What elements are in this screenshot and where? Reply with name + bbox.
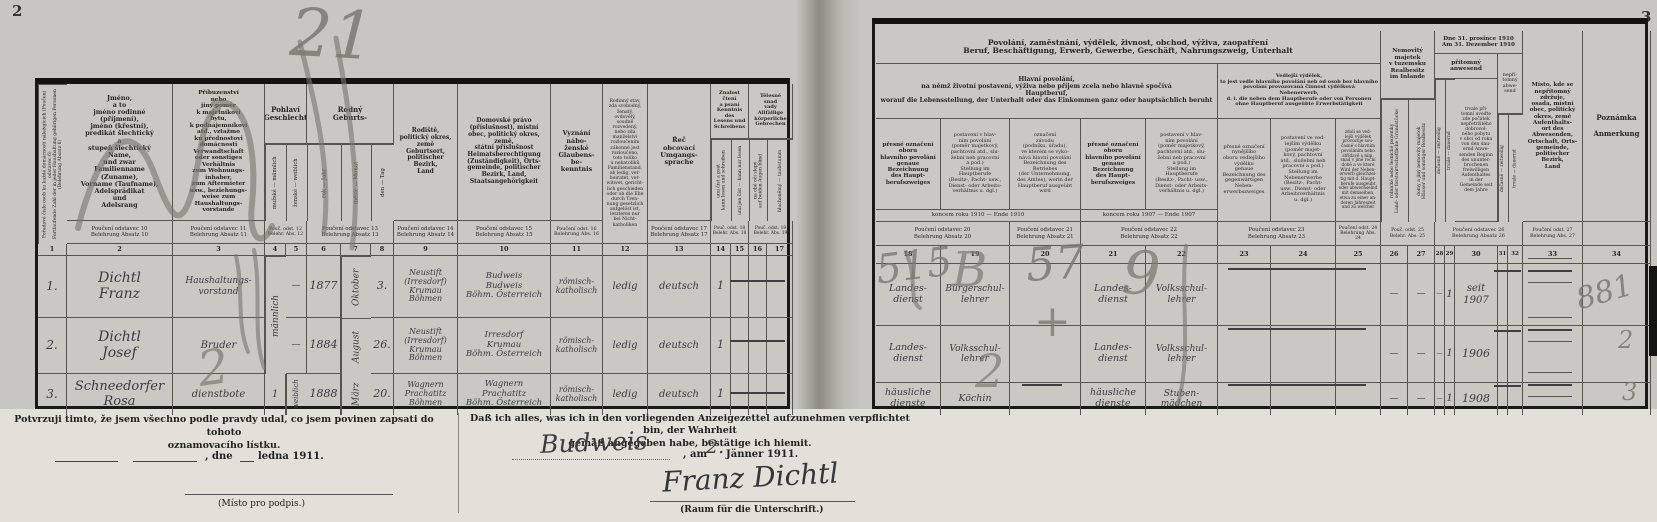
literacy-entry: 1	[711, 256, 731, 318]
footer-blank-line	[133, 461, 197, 462]
pencil-2-left: 2	[195, 342, 232, 394]
header-col19: postavení v hlav- ním povolání (poměr ma…	[941, 119, 1010, 210]
header-col23: přesné označení nynějšího oboru vedlejší…	[1218, 119, 1271, 222]
note-cell	[1583, 383, 1651, 415]
data-cell	[1271, 264, 1336, 326]
instruction-ref: Poučení odstavec 15 Belehrung Absatz 15	[458, 221, 551, 244]
header-defects-deafmute: hluchoněmý — taubstumm	[767, 139, 793, 221]
col-number: 5	[286, 244, 307, 256]
col-number: 32	[1508, 246, 1523, 264]
col-number: 33	[1523, 246, 1583, 264]
col-number: 26	[1381, 246, 1408, 264]
instruction-ref: Poučení odst. 16 Belehrung Abs. 16	[551, 221, 603, 244]
header-defects-blind: na obě oči slepý auf beiden Augen blind	[749, 139, 767, 221]
header-absent: nepří- tomný abwe- send	[1498, 54, 1523, 114]
instruction-ref: Pouč. odst. 18 Belehr. Abs. 18	[711, 221, 749, 244]
realty-house-entry: —	[1408, 383, 1435, 415]
birthplace-entry: Neustift (Irresdorf) Krumau Böhmen	[394, 318, 458, 374]
dash-mark	[1528, 258, 1572, 259]
header-col24: postavení ve ved- lejším výdělku (poměr …	[1271, 119, 1336, 222]
page-gutter-shadow	[796, 0, 862, 409]
dash-mark	[1228, 268, 1366, 270]
header-col26: rolnické nebo lesnické pozemky Land- ode…	[1381, 99, 1408, 222]
data-cell	[731, 318, 749, 374]
header-side-earnings: Vedlejší výdělek, to jest vedle hlavního…	[1218, 64, 1381, 119]
instruction-ref: Pouč. odst. 19 Belehr. Abs. 19	[749, 221, 793, 244]
home-right-entry: Wagnern Prachatitz Böhm. Österreich	[458, 374, 551, 415]
col-number: 3	[173, 244, 265, 256]
col-number: 13	[648, 244, 711, 256]
resident-since-entry: seit 1907	[1455, 264, 1498, 326]
instruction-ref: Pouč. odst. 25 Belehr. Abs. 25	[1381, 222, 1435, 246]
business-entry	[1010, 383, 1081, 415]
col-number: 12	[603, 244, 648, 256]
pencil-mark-2: 2	[1618, 328, 1633, 352]
person-name: Dichtl Josef	[67, 318, 173, 374]
data-cell	[1336, 264, 1381, 326]
col-number: 30	[1455, 246, 1498, 264]
col-number: 17	[767, 244, 793, 256]
data-cell	[1508, 264, 1523, 326]
header-relationship: Příbuzenství nebo jiný poměr k majetniko…	[173, 84, 265, 221]
dash-mark	[1528, 282, 1572, 283]
row-serial: 2.	[38, 318, 67, 374]
header-sex-male: mužské — männlich	[265, 144, 286, 221]
occupation-1910: häusliche dienste	[876, 383, 941, 415]
footer-blank-line	[240, 461, 254, 462]
data-cell	[1218, 326, 1271, 383]
col-number: 14	[711, 244, 731, 256]
footer-german-am: , am	[683, 449, 707, 460]
data-cell	[767, 374, 793, 415]
footer-day-handwritten: 2.	[706, 438, 724, 457]
present-temp-entry: —	[1435, 326, 1445, 383]
pencil-cross: +	[1034, 300, 1071, 344]
religion-entry: römisch- katholisch	[551, 374, 603, 415]
person-name: Dichtl Franz	[67, 256, 173, 318]
header-col33-absent-place: Místo, kde se nepřítomný zdržuje, osada,…	[1523, 31, 1583, 222]
instruction-ref: Poučení odstavec 11 Belehrung Absatz 11	[173, 221, 265, 244]
header-col31: dočasně — zeitweilig	[1498, 114, 1508, 222]
instruction-ref: Poučení odstavec 10 Belehrung Absatz 10	[67, 221, 173, 244]
header-serial-number: Pořadové číslo osob ku každé domácnosti …	[38, 84, 67, 244]
footer-signature-line	[185, 494, 393, 495]
birth-year-entry: 1877	[307, 256, 341, 318]
col-number: 25	[1336, 246, 1381, 264]
present-temp-entry: —	[1435, 264, 1445, 326]
pencil-mark-3: 3	[1622, 380, 1637, 404]
header-col32: trvale — dauernd	[1508, 114, 1523, 222]
col-number: 2	[67, 244, 173, 256]
data-cell	[731, 256, 749, 318]
instruction-ref: Poučení odst. 27 Belehrung Abs. 27	[1523, 222, 1583, 246]
header-religion: Vyznání nábo- ženské Glaubens- be- kennt…	[551, 84, 603, 221]
col-number: 24	[1271, 246, 1336, 264]
data-cell	[1508, 383, 1523, 415]
data-cell	[1498, 326, 1508, 383]
absent-place-cell	[1523, 326, 1583, 383]
birth-month-entry: Oktober	[341, 256, 371, 318]
instruction-ref-blank	[1583, 222, 1651, 246]
scan-edge-bar	[1649, 266, 1657, 356]
signature-line	[650, 501, 855, 502]
header-col25: zdali se ved- lejší výdělek provozuje so…	[1336, 119, 1381, 222]
header-sex-female: ženské — weiblich	[286, 144, 307, 221]
dash-mark	[1494, 270, 1521, 272]
data-cell	[1508, 326, 1523, 383]
pencil-code-515: 515	[874, 241, 955, 290]
literacy-entry: 1	[711, 374, 731, 415]
absent-place-cell	[1523, 383, 1583, 415]
person-name: Schneedorfer Rosa	[67, 374, 173, 415]
header-sex-group: Pohlaví Geschlecht	[265, 84, 307, 144]
header-literacy-group: Znalost čtení a psaní Kenntnis des Lesen…	[711, 84, 749, 139]
col-number: 15	[731, 244, 749, 256]
header-col18: přesné označení oboru hlavního povolání …	[876, 119, 941, 210]
data-cell	[1336, 326, 1381, 383]
header-col29: trvale — dauernd	[1445, 79, 1455, 222]
dash-mark	[730, 340, 785, 342]
dash-mark	[1528, 372, 1572, 373]
dash-mark	[1528, 384, 1572, 386]
data-cell	[1498, 383, 1508, 415]
sex-male-entry: 1	[265, 374, 286, 415]
header-col34-note: Poznámka Anmerkung	[1583, 31, 1651, 222]
header-col27: domy a jiný nemovitý majetek Häuser und …	[1408, 99, 1435, 222]
instruction-ref: Poučení odstavec 17 Belehrung Absatz 17	[648, 221, 711, 244]
header-end-1907: koncem roku 1907 — Ende 1907	[1081, 210, 1218, 222]
footer-czech-date-prefix: , dne	[205, 451, 233, 462]
col-number: 23	[1218, 246, 1271, 264]
dash-mark	[1228, 384, 1366, 386]
instruction-ref: Poučení odst. 24 Belehrung Abs. 24	[1336, 222, 1381, 246]
col-number: 9	[394, 244, 458, 256]
footer-czech-date: ledna 1911.	[258, 451, 324, 462]
sex-female-entry: —	[286, 318, 307, 374]
birth-year-entry: 1884	[307, 318, 341, 374]
dash-mark	[1228, 328, 1366, 330]
realty-house-entry: —	[1408, 264, 1435, 326]
header-col22: postavení v hlav- ním povolání (poměr ma…	[1146, 119, 1218, 210]
resident-since-entry: 1906	[1455, 326, 1498, 383]
instruction-ref: Poučení odstavec 13 Belehrung Absatz 13	[307, 221, 394, 244]
family-status-entry: ledig	[603, 256, 648, 318]
col-number: 34	[1583, 246, 1651, 264]
present-temp-entry: —	[1435, 383, 1445, 415]
header-col30: trvale pří- tomní uveďte zde počátek nep…	[1455, 79, 1498, 222]
footer-place-line	[512, 459, 670, 460]
present-perm-entry: 1	[1445, 326, 1455, 383]
data-cell	[1271, 326, 1336, 383]
data-cell	[749, 374, 767, 415]
header-end-1910: koncem roku 1910 — Ende 1910	[876, 210, 1081, 222]
page-number-left: 2	[12, 2, 22, 20]
dash-mark	[1528, 396, 1572, 397]
occupation-1910: Landes- dienst	[876, 326, 941, 383]
dash-mark	[1528, 341, 1572, 342]
language-entry: deutsch	[648, 374, 711, 415]
col-number: 8	[371, 244, 394, 256]
home-right-entry: Budweis Budweis Böhm. Österreich	[458, 256, 551, 318]
footer-czech-declaration: Potvrzuji timto, že jsem všechno podle p…	[8, 414, 440, 452]
language-entry: deutsch	[648, 256, 711, 318]
header-literacy-readwrite: umí číst a psát kann lesen und schreiben	[711, 139, 731, 221]
header-present: přítomný anwesend	[1435, 54, 1498, 79]
data-cell	[1218, 383, 1271, 415]
realty-land-entry: —	[1381, 326, 1408, 383]
footer-czech-sign-caption: (Místo pro podpis.)	[218, 499, 305, 509]
col-number: 11	[551, 244, 603, 256]
header-home-right: Domovské právo (příslušnost), místní obe…	[458, 84, 551, 221]
birthplace-entry: Neustift (Irresdorf) Krumau Böhmen	[394, 256, 458, 318]
header-census-date: Dne 31. prosince 1910 Am 31. Dezember 19…	[1435, 31, 1523, 54]
header-col21: přesné označení oboru hlavního povolání …	[1081, 119, 1146, 210]
row-serial: 1.	[38, 256, 67, 318]
realty-land-entry: —	[1381, 264, 1408, 326]
col-number: 31	[1498, 246, 1508, 264]
instruction-ref: Poučení odstavec 26 Belehrung Absatz 26	[1435, 222, 1523, 246]
birth-day-entry: 20.	[371, 374, 394, 415]
footer-german-declaration: Daß ich alles, was ich in den vorliegend…	[470, 413, 910, 450]
occupation-1907: Landes- dienst	[1081, 326, 1146, 383]
header-occupation-title: Povolání, zaměstnání, výdělek, živnost, …	[876, 31, 1381, 64]
footer-divider	[458, 413, 459, 513]
data-cell	[749, 256, 767, 318]
birth-month-entry: August	[341, 318, 371, 374]
header-birthplace: Rodiště, politický okres, země Geburtsor…	[394, 84, 458, 221]
col-number: 29	[1445, 246, 1455, 264]
pencil-code-b: B	[952, 246, 987, 294]
birthplace-entry: Wagnern Prachatitz Böhmen	[394, 374, 458, 415]
data-cell	[1218, 264, 1271, 326]
data-cell	[1498, 264, 1508, 326]
dash-mark	[1528, 329, 1572, 331]
header-col20: označení závodu (podniku, úřadu), ve kte…	[1010, 119, 1081, 210]
sex-female-entry: weiblich	[286, 374, 307, 415]
sex-female-entry: —	[286, 256, 307, 318]
header-col28: dočasně — zeitweilig	[1435, 79, 1445, 222]
religion-entry: römisch- katholisch	[551, 318, 603, 374]
data-cell	[1271, 383, 1336, 415]
footer-german-sign-caption: (Raum für die Unterschrift.)	[680, 505, 824, 515]
note-cell	[1583, 326, 1651, 383]
instruction-ref: Poučení odstavec 14 Belehrung Absatz 14	[394, 221, 458, 244]
family-status-entry: ledig	[603, 318, 648, 374]
dash-mark	[1528, 317, 1572, 318]
row-serial: 3.	[38, 374, 67, 415]
col-number: 4	[265, 244, 286, 256]
header-realty-group: Nemovitý majetek v tuzemsku Realbesitz i…	[1381, 31, 1435, 99]
pencil-number-21: 21	[288, 0, 375, 70]
col-number: 1	[38, 244, 67, 256]
data-cell	[767, 256, 793, 318]
occupation-1907: häusliche dienste	[1081, 383, 1146, 415]
birth-month-entry: März	[341, 374, 371, 415]
left-page-table: Pořadové číslo osob ku každé domácnosti …	[35, 78, 790, 409]
dash-mark	[1494, 330, 1521, 332]
position-1907: Volksschul- lehrer	[1146, 326, 1218, 383]
data-cell	[1336, 383, 1381, 415]
data-cell	[767, 318, 793, 374]
birth-day-entry: 3.	[371, 256, 394, 318]
col-number: 27	[1408, 246, 1435, 264]
relationship-entry: Haushaltungs- vorstand	[173, 256, 265, 318]
header-birth-group: Rodný Geburts-	[307, 84, 394, 144]
census-form-scan: 2 3 Pořadové číslo osob ku každé domácno…	[0, 0, 1657, 522]
present-perm-entry: 1	[1445, 264, 1455, 326]
position-1907: Stuben- mädchen	[1146, 383, 1218, 415]
header-birth-day: den — Tag	[371, 144, 394, 221]
sex-male-entry: männlich	[265, 256, 286, 374]
col-number: 16	[749, 244, 767, 256]
home-right-entry: Irresdorf Krumau Böhm. Österreich	[458, 318, 551, 374]
dash-mark	[730, 280, 785, 282]
header-birth-year: rok — Jahr	[307, 144, 341, 221]
header-language: Řeč obcovací Umgangs- sprache	[648, 84, 711, 221]
footer-blank-line	[55, 461, 118, 462]
dash-mark	[1528, 270, 1572, 272]
realty-house-entry: —	[1408, 326, 1435, 383]
data-cell	[731, 374, 749, 415]
col-number: 7	[341, 244, 371, 256]
dash-mark	[1494, 385, 1521, 387]
header-name: Jméno, a to jméno rodinné (příjmení), jm…	[67, 84, 173, 221]
header-birth-month: měsíc — Monat	[341, 144, 371, 221]
resident-since-entry: 1908	[1455, 383, 1498, 415]
data-cell	[749, 318, 767, 374]
pencil-code-57: 57	[1024, 238, 1086, 288]
header-literacy-readonly: umí jen číst — kann nur lesen	[731, 139, 749, 221]
birth-year-entry: 1888	[307, 374, 341, 415]
birth-day-entry: 26.	[371, 318, 394, 374]
religion-entry: römisch- katholisch	[551, 256, 603, 318]
col-number: 10	[458, 244, 551, 256]
dash-mark	[1022, 384, 1062, 386]
footer-place-handwritten: Budweis	[540, 428, 648, 457]
header-defects-group: Tělesné snad vady Allfällige körperliche…	[749, 84, 793, 139]
col-number: 28	[1435, 246, 1445, 264]
pencil-2-right: 2	[975, 348, 1004, 394]
header-main-occupation: Hlavní povolání, na němž životní postave…	[876, 64, 1218, 119]
family-status-entry: ledig	[603, 374, 648, 415]
literacy-entry: 1	[711, 318, 731, 374]
col-number: 6	[307, 244, 341, 256]
header-family-status: Rodinný stav, zda svobodný, ženatý, ovdo…	[603, 84, 648, 244]
language-entry: deutsch	[648, 318, 711, 374]
instruction-ref: Pouč. odst. 12 Belehr. Abs. 12	[265, 221, 307, 244]
instruction-ref: Poučení odstavec 23 Belehrung Absatz 23	[1218, 222, 1336, 246]
present-perm-entry: 1	[1445, 383, 1455, 415]
pencil-code-9: 9	[1120, 243, 1162, 306]
dash-mark	[730, 392, 785, 394]
realty-land-entry: —	[1381, 383, 1408, 415]
